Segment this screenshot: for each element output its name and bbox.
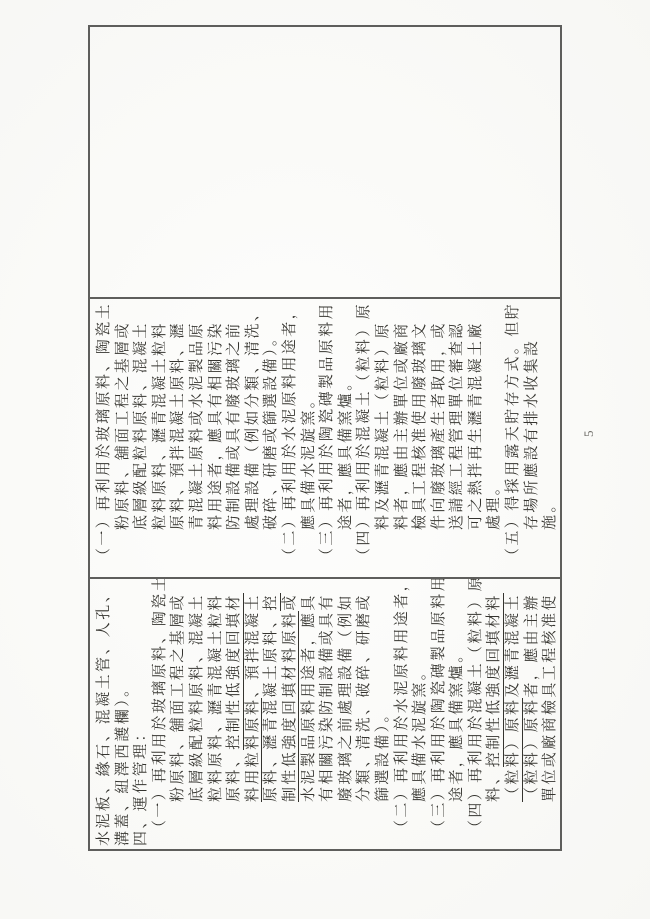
text-segment: （一）再利用於玻璃原料、陶瓷土	[152, 577, 168, 835]
text-line: 應具備水泥旋窯。	[411, 580, 430, 848]
text-line: 粉原料、舖面工程之基層或	[114, 300, 133, 576]
text-segment: 或	[282, 593, 298, 610]
text-line: 底層級配粒料原料、混凝土	[132, 300, 151, 576]
text-line: 青混凝土原料或水泥製品原	[188, 300, 207, 576]
text-segment: 料者，應由主辦單位或廠商	[394, 321, 410, 530]
text-segment: （四）再利用於混凝土（粒料）原	[468, 577, 484, 835]
amended-underlined-text: 料用粒料原料	[245, 698, 263, 802]
text-line: （三）再利用於陶瓷磚製品原料用	[318, 300, 337, 576]
text-line: （二）再利用於水泥原料用途者，	[281, 300, 300, 576]
text-segment: 原料、瀝青混凝土原料、	[263, 611, 279, 802]
text-segment: 分類、清洗、破碎、研磨或	[356, 593, 372, 802]
amended-underlined-text: 控制性低強度回填材料	[486, 593, 504, 767]
text-segment: 料用途者，應具有相關污染	[208, 321, 224, 530]
text-line: （二）再利用於水泥原料用途者，	[393, 580, 412, 848]
text-line: 存場所應設有排水收集設	[523, 300, 542, 576]
text-line: （三）再利用於陶瓷磚製品原料用	[430, 580, 449, 848]
text-segment: 粒料原料、瀝青混凝土粒料	[152, 321, 168, 530]
text-line: 原料、預拌混凝土原料、瀝	[169, 300, 188, 576]
text-segment: （三）再利用於陶瓷磚製品原料用	[431, 577, 447, 835]
table-column-amended: 水泥板、緣石、混凝土管、人孔、溝蓋、紐澤西護欄）。四、運作管理：（一）再利用於玻…	[90, 577, 560, 849]
text-line: 制性低強度回填材料原料或	[281, 580, 300, 848]
text-line: 料用途者，應具有相關污染	[207, 300, 226, 576]
text-line: （一）再利用於玻璃原料、陶瓷土	[95, 300, 114, 576]
text-segment: 青混凝土原料或水泥製品原	[189, 321, 205, 530]
table-column-current: （一）再利用於玻璃原料、陶瓷土粉原料、舖面工程之基層或底層級配粒料原料、混凝土粒…	[90, 297, 560, 577]
text-segment: 水泥板、緣石、混凝土管、人孔、	[96, 585, 112, 846]
text-line: 底層級配粒料原料、混凝土	[188, 580, 207, 848]
text-line: 四、運作管理：	[132, 580, 151, 848]
text-segment: 水泥製品原料用途者，應具	[301, 593, 317, 802]
text-segment: 破碎、研磨或篩選設備）。	[263, 329, 279, 530]
text-segment: 底層級配粒料原料、混凝土	[189, 593, 205, 802]
text-line: 件向廢玻璃產生者取用，或	[430, 300, 449, 576]
text-line: （一）再利用於玻璃原料、陶瓷土	[151, 580, 170, 848]
text-segment: 原料、	[226, 750, 242, 802]
text-segment: 篩選設備）。	[375, 705, 391, 802]
text-segment: 檢具工程核准使用廢玻璃文	[412, 321, 428, 530]
text-segment: 施。	[542, 495, 558, 530]
text-line: 料用粒料原料、預拌混凝土	[244, 580, 263, 848]
text-segment: 、預拌混凝土	[245, 593, 261, 697]
text-segment: 途者，應具備窯爐。	[338, 373, 354, 530]
text-segment: （五）得採用露天貯存方式。但貯	[505, 302, 521, 563]
text-line: （四）再利用於混凝土（粒料）原	[355, 300, 374, 576]
rotated-sheet: 水泥板、緣石、混凝土管、人孔、溝蓋、紐澤西護欄）。四、運作管理：（一）再利用於玻…	[0, 0, 650, 919]
text-segment: 可之熱拌再生瀝青混凝土廠	[468, 321, 484, 530]
text-segment: （四）再利用於混凝土（粒料）原	[356, 302, 372, 563]
text-line: 粒料原料、瀝青混凝土粒料	[207, 580, 226, 848]
amended-underlined-text: （粒料）原料	[505, 698, 523, 802]
text-segment: 送請經工程管理單位審查認	[449, 321, 465, 530]
amended-underlined-text: 控制性低強度回填材	[226, 593, 244, 750]
text-segment: （二）再利用於水泥原料用途者，	[394, 577, 410, 835]
text-segment: 單位或廠商檢具工程核准使	[542, 593, 558, 802]
page-number: 5	[581, 431, 597, 438]
text-line: 水泥板、緣石、混凝土管、人孔、	[95, 580, 114, 848]
text-segment: 料及瀝青混凝土（粒料）原	[375, 321, 391, 530]
table-column-remarks	[90, 27, 560, 297]
text-line: （粒料）原料者，應由主辦	[523, 580, 542, 848]
amended-underlined-text: 制性低強度回填材料原料	[282, 611, 300, 802]
text-line: 粉原料、舖面工程之基層或	[169, 580, 188, 848]
text-segment: 底層級配粒料原料、混凝土	[133, 321, 149, 530]
text-line: 廢玻璃之前處理設備（例如	[337, 580, 356, 848]
text-line: （五）得採用露天貯存方式。但貯	[504, 300, 523, 576]
text-segment: （二）再利用於水泥原料用途者，	[282, 302, 298, 563]
text-segment: 應具備水泥旋窯。	[412, 663, 428, 802]
text-line: 篩選設備）。	[374, 580, 393, 848]
text-line: 送請經工程管理單位審查認	[448, 300, 467, 576]
text-segment: 粉原料、舖面工程之基層或	[170, 593, 186, 802]
text-segment: （三）再利用於陶瓷磚製品原料用	[319, 302, 335, 563]
text-segment: 料、	[486, 767, 502, 802]
amendment-comparison-table: 水泥板、緣石、混凝土管、人孔、溝蓋、紐澤西護欄）。四、運作管理：（一）再利用於玻…	[88, 25, 562, 851]
text-segment: 廢玻璃之前處理設備（例如	[338, 593, 354, 802]
text-segment: （粒料）原料者，應由主辦	[524, 593, 540, 802]
text-segment: 粉原料、舖面工程之基層或	[115, 321, 131, 530]
text-segment: 件向廢玻璃產生者取用，或	[431, 321, 447, 530]
text-line: 分類、清洗、破碎、研磨或	[355, 580, 374, 848]
text-segment: 四、運作管理：	[133, 724, 149, 846]
text-segment: 存場所應設有排水收集設	[524, 339, 540, 530]
text-line: 檢具工程核准使用廢玻璃文	[411, 300, 430, 576]
text-line: 料及瀝青混凝土（粒料）原	[374, 300, 393, 576]
text-line: 粒料原料、瀝青混凝土粒料	[151, 300, 170, 576]
text-line: （粒料）原料及瀝青混凝土	[504, 580, 523, 848]
text-line: 單位或廠商檢具工程核准使	[541, 580, 560, 848]
text-segment: （一）再利用於玻璃原料、陶瓷土	[96, 302, 112, 563]
text-line: 水泥製品原料用途者，應具	[300, 580, 319, 848]
text-line: 途者，應具備窯爐。	[337, 300, 356, 576]
text-line: 破碎、研磨或篩選設備）。	[262, 300, 281, 576]
text-line: 防制設備或具有廢玻璃之前	[225, 300, 244, 576]
text-line: 途者，應具備窯爐。	[448, 580, 467, 848]
text-segment: 處理設備（例如分類、清洗、	[245, 304, 261, 530]
text-line: 料者，應由主辦單位或廠商	[393, 300, 412, 576]
text-segment: 防制設備或具有廢玻璃之前	[226, 321, 242, 530]
scanned-document-page: 水泥板、緣石、混凝土管、人孔、溝蓋、紐澤西護欄）。四、運作管理：（一）再利用於玻…	[0, 0, 650, 919]
text-segment: 粒料原料、瀝青混凝土粒料	[208, 593, 224, 802]
text-line: 處理設備（例如分類、清洗、	[244, 300, 263, 576]
text-segment: 有相關污染防制設備或具有	[319, 593, 335, 802]
text-line: 料、控制性低強度回填材料	[485, 580, 504, 848]
text-line: 原料、瀝青混凝土原料、控	[262, 580, 281, 848]
text-segment: 途者，應具備窯爐。	[449, 645, 465, 802]
text-line: 溝蓋、紐澤西護欄）。	[114, 580, 133, 848]
text-line: 處理。	[485, 300, 504, 576]
text-line: （四）再利用於混凝土（粒料）原	[467, 580, 486, 848]
text-line: 應具備水泥旋窯。	[300, 300, 319, 576]
text-segment: 溝蓋、紐澤西護欄）。	[115, 679, 131, 846]
text-segment: 應具備水泥旋窯。	[301, 391, 317, 530]
text-segment: 原料、預拌混凝土原料、瀝	[170, 321, 186, 530]
text-segment: 及瀝青混凝土	[505, 593, 521, 697]
text-line: 有相關污染防制設備或具有	[318, 580, 337, 848]
text-segment: 處理。	[486, 478, 502, 530]
amended-underlined-text: 控	[263, 593, 281, 610]
text-line: 施。	[541, 300, 560, 576]
text-line: 原料、控制性低強度回填材	[225, 580, 244, 848]
text-line: 可之熱拌再生瀝青混凝土廠	[467, 300, 486, 576]
